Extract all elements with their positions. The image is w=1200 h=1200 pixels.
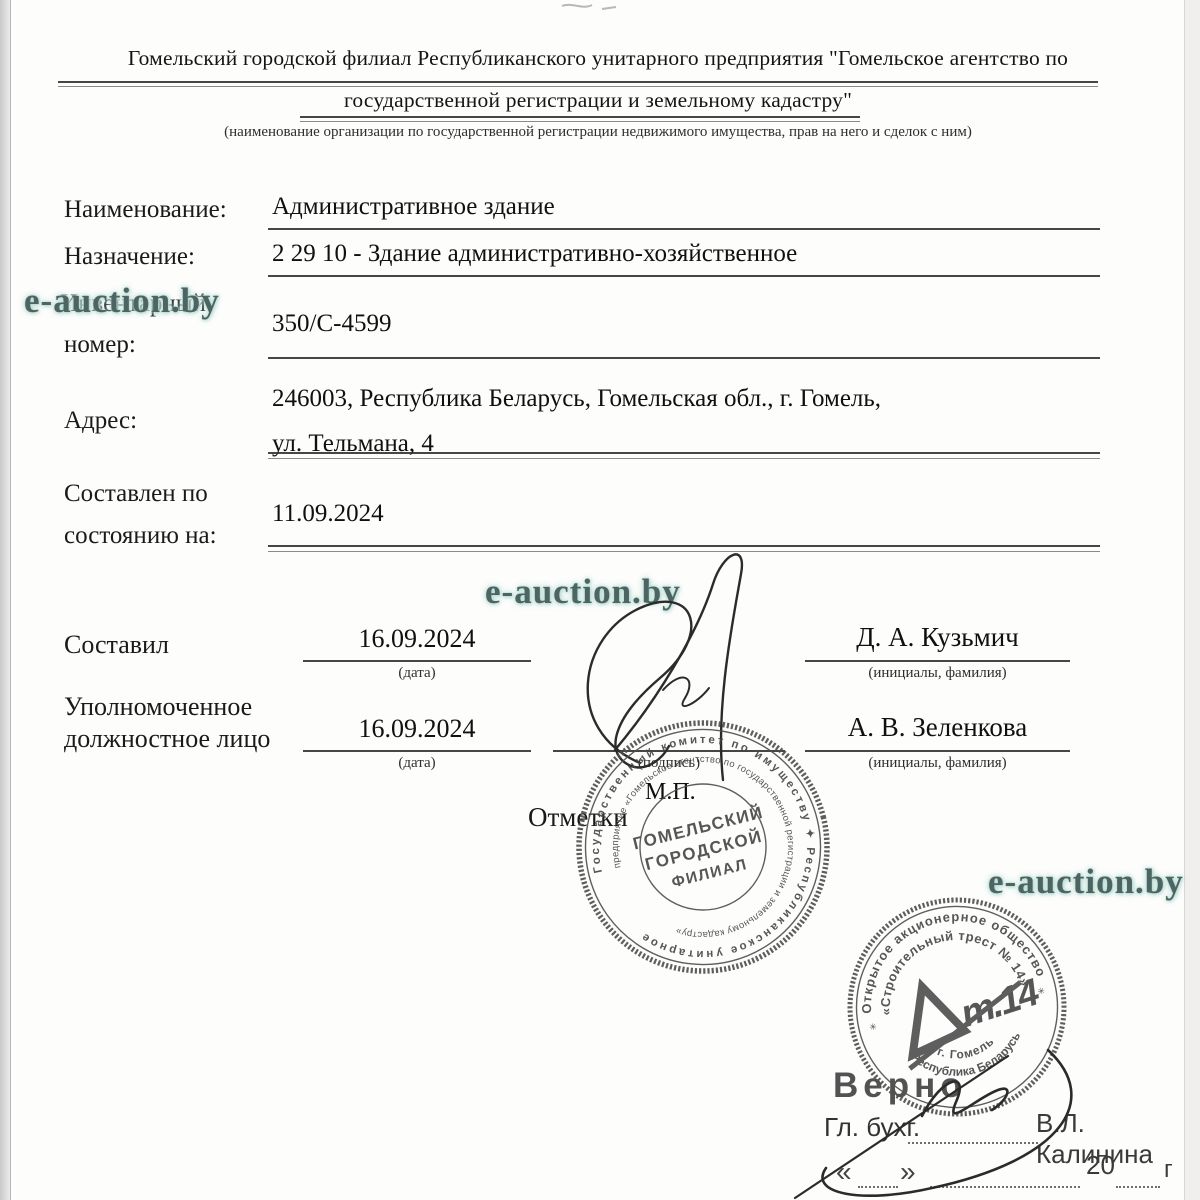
field-address-underline bbox=[268, 452, 1100, 454]
composed-name-caption: (инициалы, фамилия) bbox=[805, 665, 1070, 682]
org-note: (наименование организации по государстве… bbox=[224, 124, 972, 140]
authorized-label-line2: должностное лицо bbox=[64, 724, 270, 754]
header-underline-1b bbox=[58, 86, 1098, 87]
field-purpose-label: Назначение: bbox=[64, 243, 195, 271]
field-inventory-underline bbox=[268, 357, 1100, 359]
field-asof-value: 11.09.2024 bbox=[272, 500, 384, 528]
authorized-label-line1: Уполномоченное bbox=[64, 692, 252, 722]
field-inventory-value: 350/С-4599 bbox=[272, 310, 391, 338]
field-name-underline bbox=[268, 228, 1100, 230]
field-name-value: Административное здание bbox=[272, 193, 555, 221]
field-purpose-value: 2 29 10 - Здание административно-хозяйст… bbox=[272, 240, 797, 268]
composed-name: Д. А. Кузьмич bbox=[805, 622, 1070, 653]
composed-date-caption: (дата) bbox=[303, 665, 531, 682]
scan-artifact bbox=[558, 0, 622, 18]
org-header-line1: Гомельский городской филиал Республиканс… bbox=[128, 46, 1068, 70]
authorized-name-underline bbox=[805, 750, 1070, 752]
composed-date-underline bbox=[303, 660, 531, 662]
header-underline-2b bbox=[300, 121, 860, 122]
watermark-left: e-auction.by bbox=[24, 281, 220, 321]
field-address-value-line1: 246003, Республика Беларусь, Гомельская … bbox=[272, 385, 881, 413]
org-header-line2: государственной регистрации и земельному… bbox=[344, 88, 852, 112]
composed-label: Составил bbox=[64, 630, 169, 660]
scan-edge-left bbox=[0, 0, 11, 1200]
field-address-underline-b bbox=[268, 458, 1100, 459]
accountant-signature-flourish bbox=[770, 1018, 1190, 1200]
authorized-date-caption: (дата) bbox=[303, 755, 531, 772]
org-header-line2-wrap: государственной регистрации и земельному… bbox=[12, 88, 1184, 113]
authorized-name: А. В. Зеленкова bbox=[805, 712, 1070, 743]
header-underline-2 bbox=[300, 116, 860, 118]
field-asof-label-line1: Составлен по bbox=[64, 480, 208, 508]
field-name-label: Наименование: bbox=[64, 196, 227, 224]
field-asof-label-line2: состоянию на: bbox=[64, 522, 217, 550]
scanned-document-page: Гомельский городской филиал Республиканс… bbox=[0, 0, 1200, 1200]
authorized-date-underline bbox=[303, 750, 531, 752]
composed-date: 16.09.2024 bbox=[303, 624, 531, 654]
header-underline-1 bbox=[58, 81, 1098, 83]
authorized-date: 16.09.2024 bbox=[303, 714, 531, 744]
field-address-label: Адрес: bbox=[64, 407, 137, 435]
field-purpose-underline bbox=[268, 275, 1100, 277]
org-header-line1-wrap: Гомельский городской филиал Республиканс… bbox=[12, 46, 1184, 71]
authorized-name-caption: (инициалы, фамилия) bbox=[805, 755, 1070, 772]
composed-name-underline bbox=[805, 660, 1070, 662]
trust-stamp-flower-right: ✳ bbox=[1037, 985, 1047, 996]
field-inventory-label-line2: номер: bbox=[64, 331, 136, 359]
org-note-wrap: (наименование организации по государстве… bbox=[12, 123, 1184, 141]
